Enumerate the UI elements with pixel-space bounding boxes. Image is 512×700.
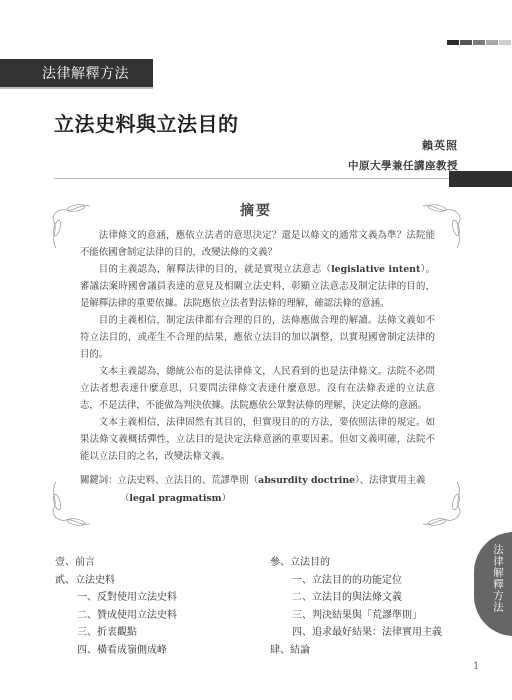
toc-subitem: 一、反對使用立法史料 <box>55 589 177 607</box>
author-affiliation: 中原大學兼任講座教授 <box>348 158 458 173</box>
toc-subitem: 四、橫看成嶺側成峰 <box>55 642 177 660</box>
abstract-paragraph: 文本主義相信，法律固然有其目的，但實現目的的方法，要依照法律的規定。如果法條文義… <box>80 414 435 465</box>
toc-subitem: 四、追求最好結果：法律實用主義 <box>270 624 442 642</box>
section-band: 法律解釋方法 <box>0 59 153 89</box>
english-term: absurdity doctrine <box>258 475 355 486</box>
toc-item: 貳、立法史料 <box>55 572 177 590</box>
abstract-paragraph: 目的主義認為，解釋法律的目的，就是實現立法意志（legislative inte… <box>80 261 435 312</box>
abstract-heading: 摘要 <box>0 200 512 220</box>
toc-left-column: 壹、前言 貳、立法史料 一、反對使用立法史料 二、贊成使用立法史料 三、折衷觀點… <box>55 554 177 659</box>
toc-subitem: 三、折衷觀點 <box>55 624 177 642</box>
keyword-text: ）、法律實用主義 <box>355 475 425 486</box>
keywords: 關鍵詞： 立法史料、立法目的、荒謬準則（absurdity doctrine）、… <box>80 472 435 508</box>
toc-right-column: 參、立法目的 一、立法目的的功能定位 二、立法目的與法條文義 三、判決結果與「荒… <box>270 554 442 659</box>
abstract-body: 法律條文的意涵，應依立法者的意思決定？還是以條文的通常文義為準？法院能不能依國會… <box>80 227 435 465</box>
english-term: legal pragmatism <box>129 493 221 504</box>
abstract-paragraph: 法律條文的意涵，應依立法者的意思決定？還是以條文的通常文義為準？法院能不能依國會… <box>80 227 435 261</box>
divider-rule <box>54 178 449 179</box>
keywords-line-2: （legal pragmatism） <box>120 490 231 508</box>
toc-subitem: 二、立法目的與法條文義 <box>270 589 442 607</box>
toc-subitem: 一、立法目的的功能定位 <box>270 572 442 590</box>
paragraph-text: 目的主義認為，解釋法律的目的，就是實現立法意志（ <box>99 264 331 275</box>
abstract-paragraph: 文本主義認為，總統公布的是法律條文，人民看到的也是法律條文。法院不必問立法者想表… <box>80 363 435 414</box>
swatch-5 <box>499 40 511 45</box>
author-block: 賴英照 中原大學兼任講座教授 <box>348 137 458 173</box>
swatch-2 <box>460 40 472 45</box>
section-label: 法律解釋方法 <box>42 63 129 83</box>
divider-block <box>449 171 512 187</box>
english-term: legislative intent <box>331 264 420 275</box>
swatch-3 <box>473 40 485 45</box>
side-tab-label: 法律解釋方法 <box>492 544 504 613</box>
abstract-paragraph: 目的主義相信，制定法律都有合理的目的，法條應做合理的解讀。法條文義如不符立法目的… <box>80 312 435 363</box>
swatch-1 <box>447 40 459 45</box>
toc-item: 壹、前言 <box>55 554 177 572</box>
keywords-label: 關鍵詞： <box>80 472 118 490</box>
article-title: 立法史料與立法目的 <box>54 108 239 137</box>
toc-subitem: 三、判決結果與「荒謬準則」 <box>270 607 442 625</box>
toc-subitem: 二、贊成使用立法史料 <box>55 607 177 625</box>
author-name: 賴英照 <box>348 137 458 153</box>
toc-item: 肆、結論 <box>270 642 442 660</box>
page-number: 1 <box>473 661 479 672</box>
keyword-text: （ <box>120 493 129 504</box>
keyword-text: ） <box>222 493 231 504</box>
color-swatch-bar <box>447 40 511 45</box>
toc-item: 參、立法目的 <box>270 554 442 572</box>
keyword-text: 立法史料、立法目的、荒謬準則（ <box>118 475 259 486</box>
swatch-4 <box>486 40 498 45</box>
keywords-line-1: 立法史料、立法目的、荒謬準則（absurdity doctrine）、法律實用主… <box>118 472 426 490</box>
